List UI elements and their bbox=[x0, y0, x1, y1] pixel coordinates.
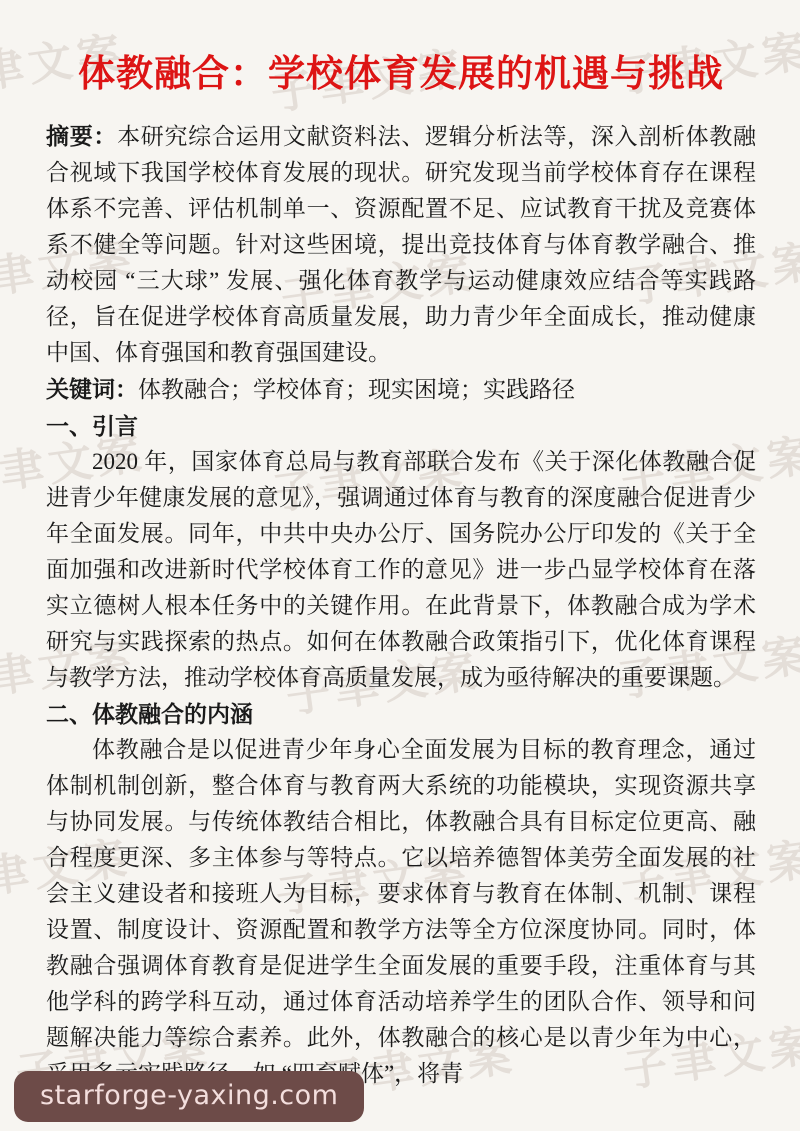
document-title: 体教融合：学校体育发展的机遇与挑战 bbox=[46, 50, 756, 98]
section-2-paragraph: 体教融合是以促进青少年身心全面发展为目标的教育理念，通过体制机制创新，整合体育与… bbox=[46, 732, 756, 1092]
keywords-label: 关键词： bbox=[46, 376, 138, 402]
section-1-paragraph: 2020 年，国家体育总局与教育部联合发布《关于深化体教融合促进青少年健康发展的… bbox=[46, 444, 756, 696]
section-2-heading: 二、体教融合的内涵 bbox=[46, 696, 756, 732]
abstract-label: 摘要： bbox=[46, 123, 117, 149]
document-page: 子聿文案子聿文案子聿文案子聿文案子聿文案子聿文案子聿文案子聿文案子聿文案子聿文案… bbox=[0, 0, 800, 1131]
document-body: 摘要：本研究综合运用文献资料法、逻辑分析法等，深入剖析体教融合视域下我国学校体育… bbox=[46, 118, 756, 1092]
abstract-paragraph: 摘要：本研究综合运用文献资料法、逻辑分析法等，深入剖析体教融合视域下我国学校体育… bbox=[46, 118, 756, 371]
keywords-paragraph: 关键词：体教融合；学校体育；现实困境；实践路径 bbox=[46, 371, 756, 408]
document-content: 体教融合：学校体育发展的机遇与挑战 摘要：本研究综合运用文献资料法、逻辑分析法等… bbox=[0, 0, 800, 1092]
section-1-heading: 一、引言 bbox=[46, 408, 756, 444]
keywords-text: 体教融合；学校体育；现实困境；实践路径 bbox=[138, 377, 575, 402]
site-badge-text: starforge-yaxing.com bbox=[40, 1080, 338, 1111]
abstract-text: 本研究综合运用文献资料法、逻辑分析法等，深入剖析体教融合视域下我国学校体育发展的… bbox=[46, 124, 756, 365]
site-badge: starforge-yaxing.com bbox=[14, 1071, 364, 1122]
